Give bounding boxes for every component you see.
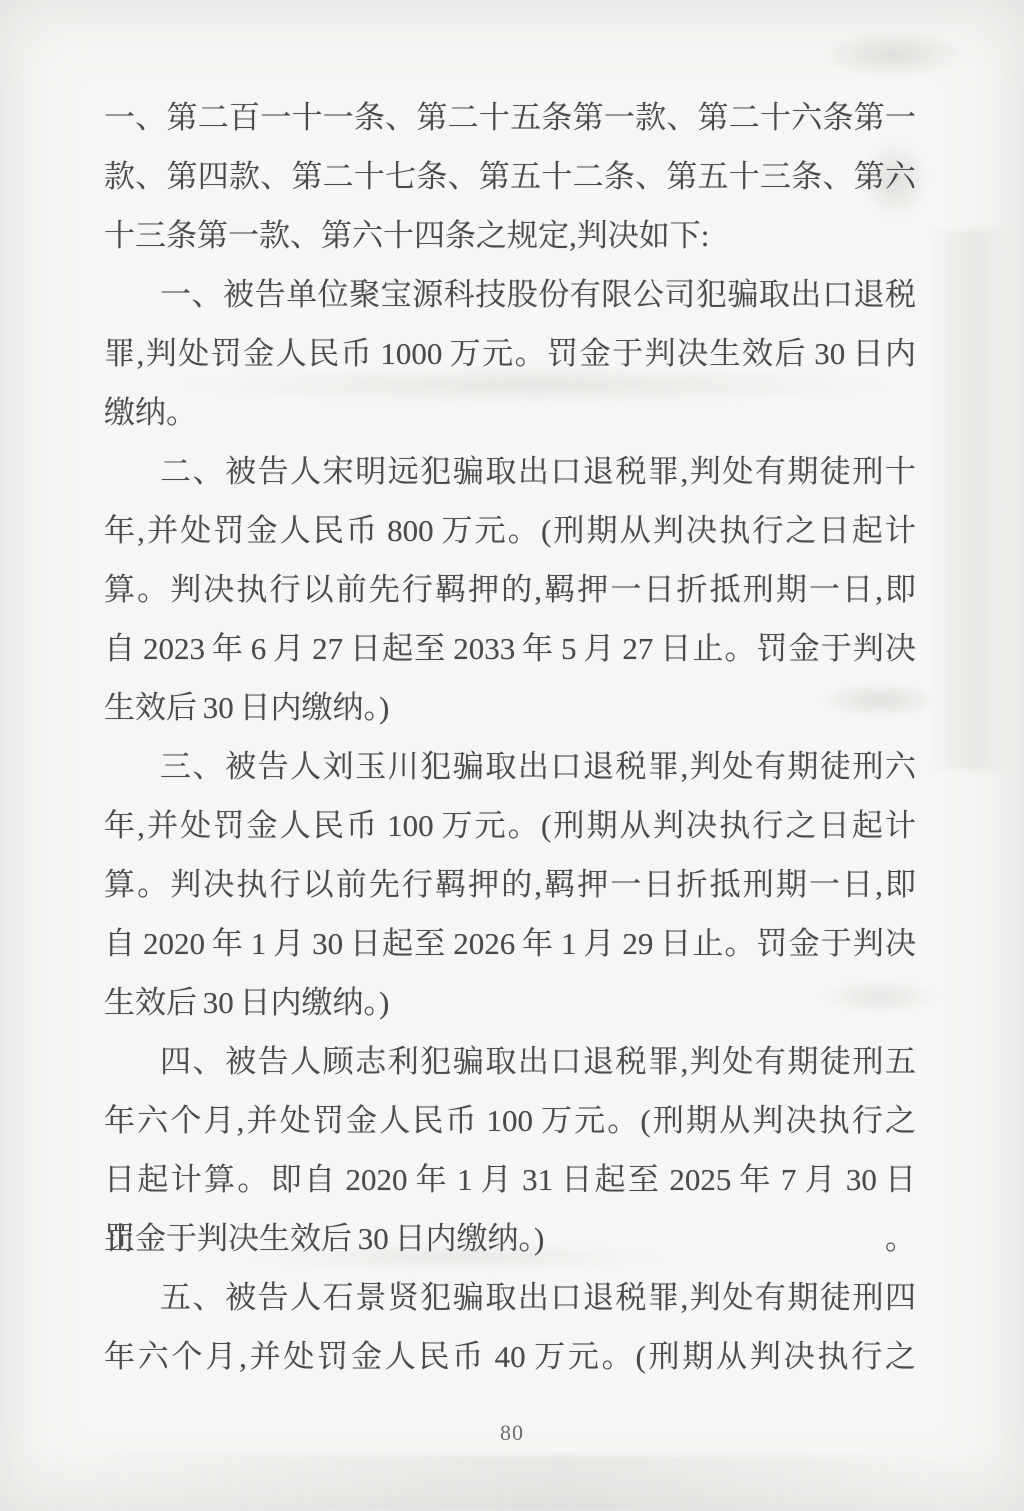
scanned-judgment-page: 一、第二百一十一条、第二十五条第一款、第二十六条第一款、第四款、第二十七条、第五… <box>0 0 1024 1511</box>
text-line: 生效后 30 日内缴纳。) <box>104 973 916 1032</box>
text-line: 二、被告人宋明远犯骗取出口退税罪,判处有期徒刑十 <box>104 442 916 501</box>
text-line: 生效后 30 日内缴纳。) <box>104 678 916 737</box>
text-line: 一、第二百一十一条、第二十五条第一款、第二十六条第一 <box>104 88 916 147</box>
text-line: 款、第四款、第二十七条、第五十二条、第五十三条、第六 <box>104 147 916 206</box>
text-lines: 一、第二百一十一条、第二十五条第一款、第二十六条第一款、第四款、第二十七条、第五… <box>104 88 916 1386</box>
text-line: 年六个月,并处罚金人民币 40 万元。(刑期从判决执行之 <box>104 1327 916 1386</box>
text-line: 自 2020 年 1 月 30 日起至 2026 年 1 月 29 日止。罚金于… <box>104 914 916 973</box>
text-line: 算。判决执行以前先行羁押的,羁押一日折抵刑期一日,即 <box>104 855 916 914</box>
scan-artifact <box>818 32 968 78</box>
text-line: 年,并处罚金人民币 100 万元。(刑期从判决执行之日起计 <box>104 796 916 855</box>
text-line: 十三条第一款、第六十四条之规定,判决如下: <box>104 206 916 265</box>
text-line: 算。判决执行以前先行羁押的,羁押一日折抵刑期一日,即 <box>104 560 916 619</box>
scan-artifact <box>0 1453 1024 1511</box>
text-line: 年六个月,并处罚金人民币 100 万元。(刑期从判决执行之 <box>104 1091 916 1150</box>
text-line: 罪,判处罚金人民币 1000 万元。罚金于判决生效后 30 日内 <box>104 324 916 383</box>
text-line: 四、被告人顾志利犯骗取出口退税罪,判处有期徒刑五 <box>104 1032 916 1091</box>
text-line: 三、被告人刘玉川犯骗取出口退税罪,判处有期徒刑六 <box>104 737 916 796</box>
text-line: 一、被告单位聚宝源科技股份有限公司犯骗取出口退税 <box>104 265 916 324</box>
scan-artifact <box>930 230 1010 770</box>
text-line: 自 2023 年 6 月 27 日起至 2033 年 5 月 27 日止。罚金于… <box>104 619 916 678</box>
text-line: 缴纳。 <box>104 383 916 442</box>
text-line: 五、被告人石景贤犯骗取出口退税罪,判处有期徒刑四 <box>104 1268 916 1327</box>
text-line: 年,并处罚金人民币 800 万元。(刑期从判决执行之日起计 <box>104 501 916 560</box>
judgment-text-block: 一、第二百一十一条、第二十五条第一款、第二十六条第一款、第四款、第二十七条、第五… <box>104 88 916 1386</box>
text-line: 日起计算。即自 2020 年 1 月 31 日起至 2025 年 7 月 30 … <box>104 1150 916 1209</box>
page-number: 80 <box>0 1420 1024 1446</box>
